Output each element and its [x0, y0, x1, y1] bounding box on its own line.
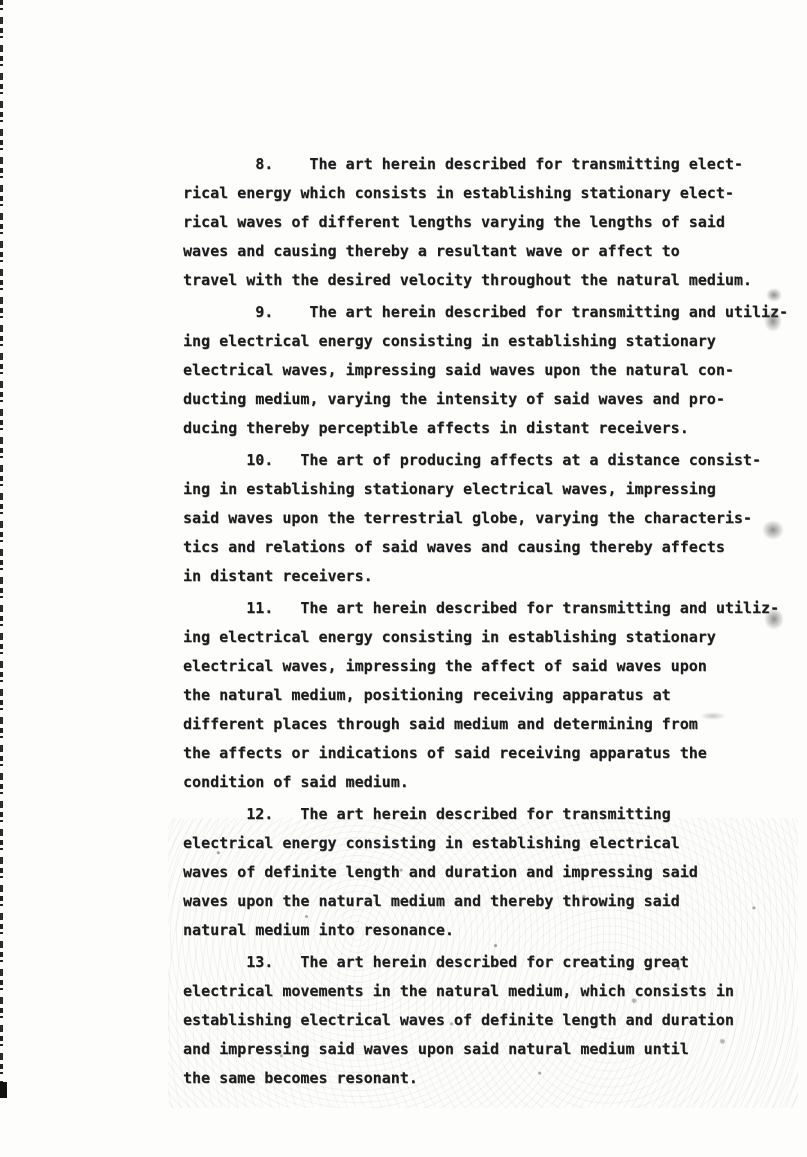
claim-line: said waves upon the terrestrial globe, v… [183, 504, 783, 533]
document-page: 8. The art herein described for transmit… [0, 0, 807, 1157]
claim-line: travel with the desired velocity through… [183, 266, 783, 295]
claim-line: 12. The art herein described for transmi… [183, 800, 783, 829]
claim-line: and impressing said waves upon said natu… [183, 1035, 783, 1064]
scan-edge-mark-bottom [0, 1082, 7, 1098]
claim-8: 8. The art herein described for transmit… [183, 150, 783, 295]
claim-line: ducing thereby perceptible affects in di… [183, 414, 783, 443]
claim-line: waves and causing thereby a resultant wa… [183, 237, 783, 266]
claim-line: rical energy which consists in establish… [183, 179, 783, 208]
claim-line: different places through said medium and… [183, 710, 783, 739]
claim-line: condition of said medium. [183, 768, 783, 797]
claim-line: 8. The art herein described for transmit… [183, 150, 783, 179]
claim-12: 12. The art herein described for transmi… [183, 800, 783, 945]
claim-line: electrical energy consisting in establis… [183, 829, 783, 858]
claim-line: waves of definite length and duration an… [183, 858, 783, 887]
claim-line: 13. The art herein described for creatin… [183, 948, 783, 977]
claim-line: waves upon the natural medium and thereb… [183, 887, 783, 916]
claim-line: establishing electrical waves of definit… [183, 1006, 783, 1035]
claim-line: natural medium into resonance. [183, 916, 783, 945]
claim-line: ing in establishing stationary electrica… [183, 475, 783, 504]
claim-9: 9. The art herein described for transmit… [183, 298, 783, 443]
claim-line: 11. The art herein described for transmi… [183, 594, 783, 623]
claim-line: ducting medium, varying the intensity of… [183, 385, 783, 414]
claim-line: rical waves of different lengths varying… [183, 208, 783, 237]
claim-line: electrical waves, impressing said waves … [183, 356, 783, 385]
claim-line: 10. The art of producing affects at a di… [183, 446, 783, 475]
claim-line: the natural medium, positioning receivin… [183, 681, 783, 710]
claim-13: 13. The art herein described for creatin… [183, 948, 783, 1093]
claim-line: electrical movements in the natural medi… [183, 977, 783, 1006]
claim-line: 9. The art herein described for transmit… [183, 298, 783, 327]
claim-line: electrical waves, impressing the affect … [183, 652, 783, 681]
claim-line: tics and relations of said waves and cau… [183, 533, 783, 562]
claim-line: the same becomes resonant. [183, 1064, 783, 1093]
claim-11: 11. The art herein described for transmi… [183, 594, 783, 797]
claims-text-block: 8. The art herein described for transmit… [183, 150, 783, 1093]
claim-line: ing electrical energy consisting in esta… [183, 623, 783, 652]
claim-10: 10. The art of producing affects at a di… [183, 446, 783, 591]
claim-line: the affects or indications of said recei… [183, 739, 783, 768]
scan-edge-marks [0, 0, 3, 1100]
claim-line: in distant receivers. [183, 562, 783, 591]
claim-line: ing electrical energy consisting in esta… [183, 327, 783, 356]
